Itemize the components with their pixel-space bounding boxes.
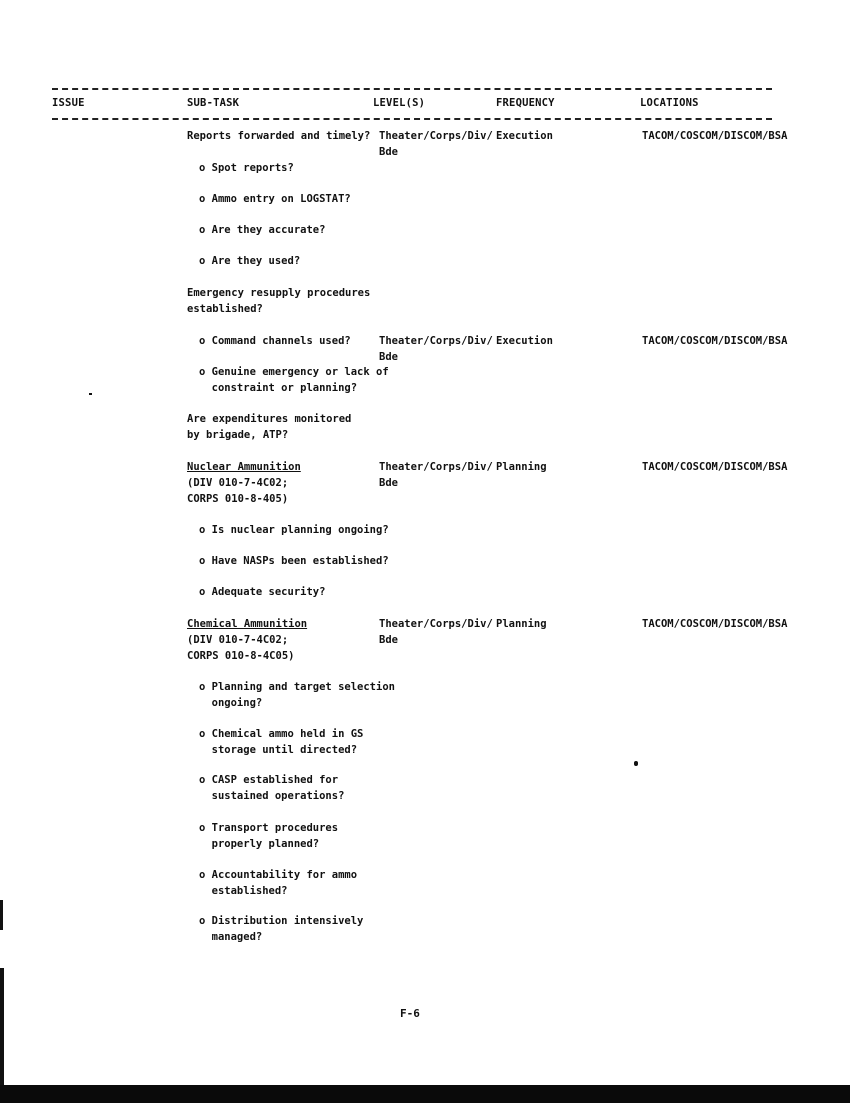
locations-text: TACOM/COSCOM/DISCOM/BSA	[642, 128, 787, 144]
subtask-bullet: o Have NASPs been established?	[199, 553, 389, 569]
scan-edge-left	[0, 968, 4, 1091]
level-text: Bde	[379, 349, 398, 365]
level-text: Theater/Corps/Div/	[379, 616, 493, 632]
subtask-bullet: o Command channels used?	[199, 333, 351, 349]
subtask-bullet: o Spot reports?	[199, 160, 294, 176]
subtask-bullet: properly planned?	[199, 836, 319, 852]
header-bottom-rule	[52, 118, 772, 120]
subtask-bullet: managed?	[199, 929, 262, 945]
subtask-bullet: o Adequate security?	[199, 584, 325, 600]
level-text: Bde	[379, 475, 398, 491]
subtask-bullet: o CASP established for	[199, 772, 338, 788]
frequency-text: Execution	[496, 128, 553, 144]
subtask-bullet: o Are they used?	[199, 253, 300, 269]
locations-text: TACOM/COSCOM/DISCOM/BSA	[642, 459, 787, 475]
level-text: Theater/Corps/Div/	[379, 128, 493, 144]
section-heading-chemical: Chemical Ammunition	[187, 616, 307, 632]
level-text: Theater/Corps/Div/	[379, 333, 493, 349]
subtask-text: (DIV 010-7-4C02;	[187, 632, 288, 648]
subtask-text: CORPS 010-8-4C05)	[187, 648, 294, 664]
frequency-text: Planning	[496, 459, 547, 475]
subtask-text: (DIV 010-7-4C02;	[187, 475, 288, 491]
subtask-text: by brigade, ATP?	[187, 427, 288, 443]
subtask-bullet: o Transport procedures	[199, 820, 338, 836]
subtask-bullet: o Planning and target selection	[199, 679, 395, 695]
scan-edge-bottom	[0, 1085, 850, 1103]
subtask-bullet: o Are they accurate?	[199, 222, 325, 238]
section-heading-nuclear: Nuclear Ammunition	[187, 459, 301, 475]
subtask-text: established?	[187, 301, 263, 317]
subtask-bullet: constraint or planning?	[199, 380, 357, 396]
level-text: Bde	[379, 144, 398, 160]
subtask-bullet: sustained operations?	[199, 788, 344, 804]
level-text: Bde	[379, 632, 398, 648]
subtask-bullet: o Chemical ammo held in GS	[199, 726, 363, 742]
subtask-bullet: o Ammo entry on LOGSTAT?	[199, 191, 351, 207]
subtask-bullet: established?	[199, 883, 288, 899]
column-header-frequency: FREQUENCY	[496, 97, 555, 109]
column-header-locations: LOCATIONS	[640, 97, 699, 109]
subtask-bullet: o Distribution intensively	[199, 913, 363, 929]
frequency-text: Planning	[496, 616, 547, 632]
subtask-text: Emergency resupply procedures	[187, 285, 370, 301]
scan-speck	[634, 761, 638, 766]
header-top-rule	[52, 88, 772, 90]
locations-text: TACOM/COSCOM/DISCOM/BSA	[642, 616, 787, 632]
column-header-subtask: SUB-TASK	[187, 97, 239, 109]
subtask-bullet: o Is nuclear planning ongoing?	[199, 522, 389, 538]
subtask-bullet: ongoing?	[199, 695, 262, 711]
subtask-bullet: o Accountability for ammo	[199, 867, 357, 883]
page-number: F-6	[400, 1007, 420, 1020]
subtask-bullet: o Genuine emergency or lack of	[199, 364, 389, 380]
level-text: Theater/Corps/Div/	[379, 459, 493, 475]
column-header-levels: LEVEL(S)	[373, 97, 425, 109]
scan-edge-left	[0, 900, 3, 930]
subtask-bullet: storage until directed?	[199, 742, 357, 758]
frequency-text: Execution	[496, 333, 553, 349]
scan-speck	[89, 393, 92, 395]
subtask-text: Are expenditures monitored	[187, 411, 351, 427]
locations-text: TACOM/COSCOM/DISCOM/BSA	[642, 333, 787, 349]
subtask-text: Reports forwarded and timely?	[187, 128, 370, 144]
subtask-text: CORPS 010-8-405)	[187, 491, 288, 507]
column-header-issue: ISSUE	[52, 97, 85, 109]
